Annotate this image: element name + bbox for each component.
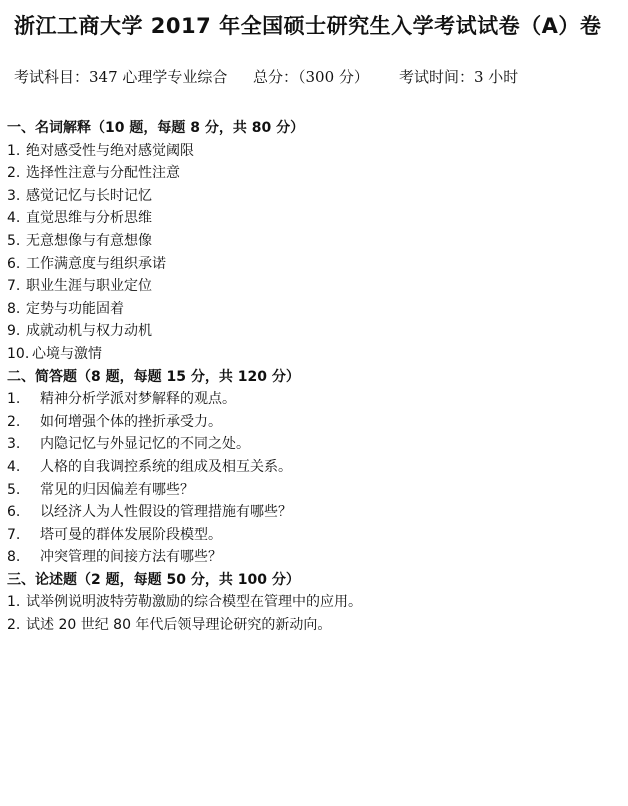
question-number: 8. bbox=[7, 546, 40, 569]
question-text: 人格的自我调控系统的组成及相互关系。 bbox=[40, 456, 292, 479]
exam-total-score: 总分：（300 分） bbox=[253, 66, 369, 87]
question-item: 6.以经济人为人性假设的管理措施有哪些？ bbox=[7, 501, 607, 524]
question-number: 4. bbox=[7, 207, 26, 230]
question-number: 3. bbox=[7, 185, 26, 208]
question-item: 1.试举例说明波特劳勒激励的综合模型在管理中的应用。 bbox=[7, 591, 607, 614]
question-item: 2.试述 20 世纪 80 年代后领导理论研究的新动向。 bbox=[7, 614, 607, 637]
question-number: 7. bbox=[7, 524, 40, 547]
question-text: 直觉思维与分析思维 bbox=[26, 207, 152, 230]
question-text: 以经济人为人性假设的管理措施有哪些？ bbox=[40, 501, 292, 524]
question-text: 常见的归因偏差有哪些？ bbox=[40, 479, 194, 502]
question-text: 心境与激情 bbox=[32, 343, 102, 366]
section-heading: 一、名词解释（10 题，每题 8 分，共 80 分） bbox=[7, 117, 607, 140]
question-number: 1. bbox=[7, 388, 40, 411]
question-item: 1.绝对感受性与绝对感觉阈限 bbox=[7, 140, 607, 163]
section-definitions: 一、名词解释（10 题，每题 8 分，共 80 分） 1.绝对感受性与绝对感觉阈… bbox=[7, 117, 607, 366]
exam-subject: 考试科目：347 心理学专业综合 bbox=[14, 66, 227, 87]
question-item: 9.成就动机与权力动机 bbox=[7, 320, 607, 343]
exam-content: 一、名词解释（10 题，每题 8 分，共 80 分） 1.绝对感受性与绝对感觉阈… bbox=[7, 117, 607, 637]
question-number: 5. bbox=[7, 230, 26, 253]
question-text: 精神分析学派对梦解释的观点。 bbox=[40, 388, 236, 411]
question-text: 成就动机与权力动机 bbox=[26, 320, 152, 343]
question-item: 7.职业生涯与职业定位 bbox=[7, 275, 607, 298]
question-number: 10. bbox=[7, 343, 32, 366]
exam-meta: 考试科目：347 心理学专业综合 总分：（300 分） 考试时间：3 小时 bbox=[14, 66, 614, 90]
question-text: 职业生涯与职业定位 bbox=[26, 275, 152, 298]
question-item: 8.定势与功能固着 bbox=[7, 298, 607, 321]
question-item: 2.如何增强个体的挫折承受力。 bbox=[7, 411, 607, 434]
section-short-answer: 二、简答题（8 题，每题 15 分，共 120 分） 1.精神分析学派对梦解释的… bbox=[7, 366, 607, 569]
question-number: 6. bbox=[7, 253, 26, 276]
question-number: 9. bbox=[7, 320, 26, 343]
question-text: 感觉记忆与长时记忆 bbox=[26, 185, 152, 208]
question-number: 2. bbox=[7, 411, 40, 434]
question-item: 8.冲突管理的间接方法有哪些？ bbox=[7, 546, 607, 569]
question-text: 内隐记忆与外显记忆的不同之处。 bbox=[40, 433, 250, 456]
question-item: 10.心境与激情 bbox=[7, 343, 607, 366]
question-number: 5. bbox=[7, 479, 40, 502]
question-number: 6. bbox=[7, 501, 40, 524]
question-item: 4.直觉思维与分析思维 bbox=[7, 207, 607, 230]
exam-title: 浙江工商大学 2017 年全国硕士研究生入学考试试卷（A）卷 bbox=[14, 10, 624, 40]
question-number: 3. bbox=[7, 433, 40, 456]
question-item: 6.工作满意度与组织承诺 bbox=[7, 253, 607, 276]
question-text: 工作满意度与组织承诺 bbox=[26, 253, 166, 276]
question-text: 无意想像与有意想像 bbox=[26, 230, 152, 253]
question-number: 4. bbox=[7, 456, 40, 479]
question-number: 2. bbox=[7, 614, 26, 637]
question-text: 试举例说明波特劳勒激励的综合模型在管理中的应用。 bbox=[26, 591, 362, 614]
question-text: 绝对感受性与绝对感觉阈限 bbox=[26, 140, 194, 163]
question-number: 1. bbox=[7, 591, 26, 614]
question-item: 1.精神分析学派对梦解释的观点。 bbox=[7, 388, 607, 411]
question-text: 冲突管理的间接方法有哪些？ bbox=[40, 546, 222, 569]
question-item: 2.选择性注意与分配性注意 bbox=[7, 162, 607, 185]
question-text: 选择性注意与分配性注意 bbox=[26, 162, 180, 185]
question-text: 塔可曼的群体发展阶段模型。 bbox=[40, 524, 222, 547]
section-essay: 三、论述题（2 题，每题 50 分，共 100 分） 1.试举例说明波特劳勒激励… bbox=[7, 569, 607, 637]
question-number: 7. bbox=[7, 275, 26, 298]
question-item: 5.无意想像与有意想像 bbox=[7, 230, 607, 253]
section-heading: 二、简答题（8 题，每题 15 分，共 120 分） bbox=[7, 366, 607, 389]
question-item: 3.内隐记忆与外显记忆的不同之处。 bbox=[7, 433, 607, 456]
question-item: 5.常见的归因偏差有哪些？ bbox=[7, 479, 607, 502]
question-text: 如何增强个体的挫折承受力。 bbox=[40, 411, 222, 434]
question-item: 7.塔可曼的群体发展阶段模型。 bbox=[7, 524, 607, 547]
exam-time: 考试时间：3 小时 bbox=[399, 66, 518, 87]
question-number: 2. bbox=[7, 162, 26, 185]
question-number: 8. bbox=[7, 298, 26, 321]
question-number: 1. bbox=[7, 140, 26, 163]
question-item: 3.感觉记忆与长时记忆 bbox=[7, 185, 607, 208]
question-text: 试述 20 世纪 80 年代后领导理论研究的新动向。 bbox=[26, 614, 331, 637]
question-text: 定势与功能固着 bbox=[26, 298, 124, 321]
section-heading: 三、论述题（2 题，每题 50 分，共 100 分） bbox=[7, 569, 607, 592]
question-item: 4.人格的自我调控系统的组成及相互关系。 bbox=[7, 456, 607, 479]
